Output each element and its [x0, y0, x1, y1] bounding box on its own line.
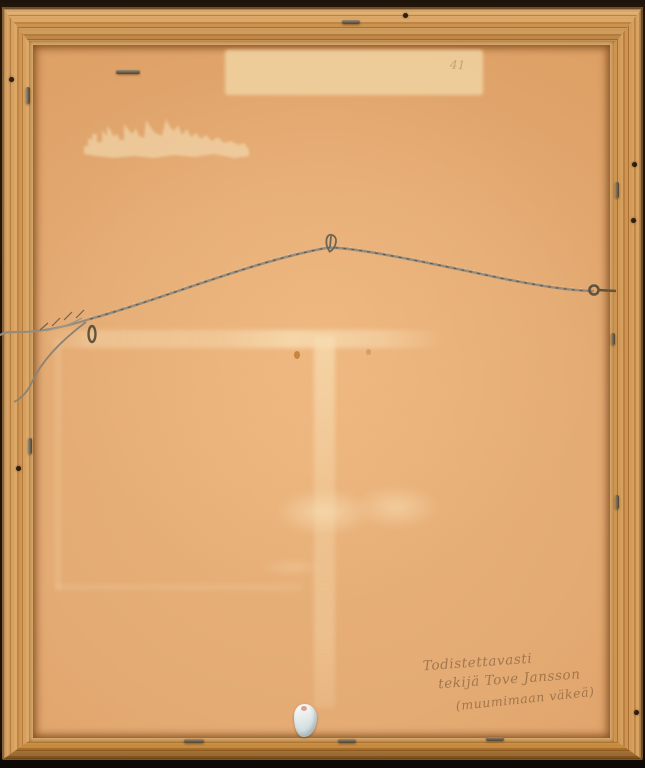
rust-speck [366, 349, 371, 355]
paper-chip-fleck [301, 706, 307, 711]
backing-board [33, 45, 610, 738]
framed-artwork-back-photo: 41 [0, 0, 645, 768]
metal-clip [615, 495, 619, 509]
nail-hole [9, 77, 14, 82]
metal-clip [338, 739, 356, 743]
wood-knot [403, 13, 408, 18]
metal-clip [615, 182, 619, 198]
metal-clip [611, 333, 615, 345]
metal-clip [26, 87, 30, 104]
nail-hole [631, 218, 636, 223]
rust-speck [294, 351, 300, 359]
nail-hole [634, 710, 639, 715]
metal-clip [486, 737, 504, 741]
metal-clip [342, 20, 360, 24]
metal-clip [184, 739, 204, 743]
nail-hole [16, 466, 21, 471]
nail-hole [632, 162, 637, 167]
metal-clip [116, 70, 140, 74]
metal-clip [28, 438, 32, 454]
label-mark: 41 [450, 58, 466, 73]
